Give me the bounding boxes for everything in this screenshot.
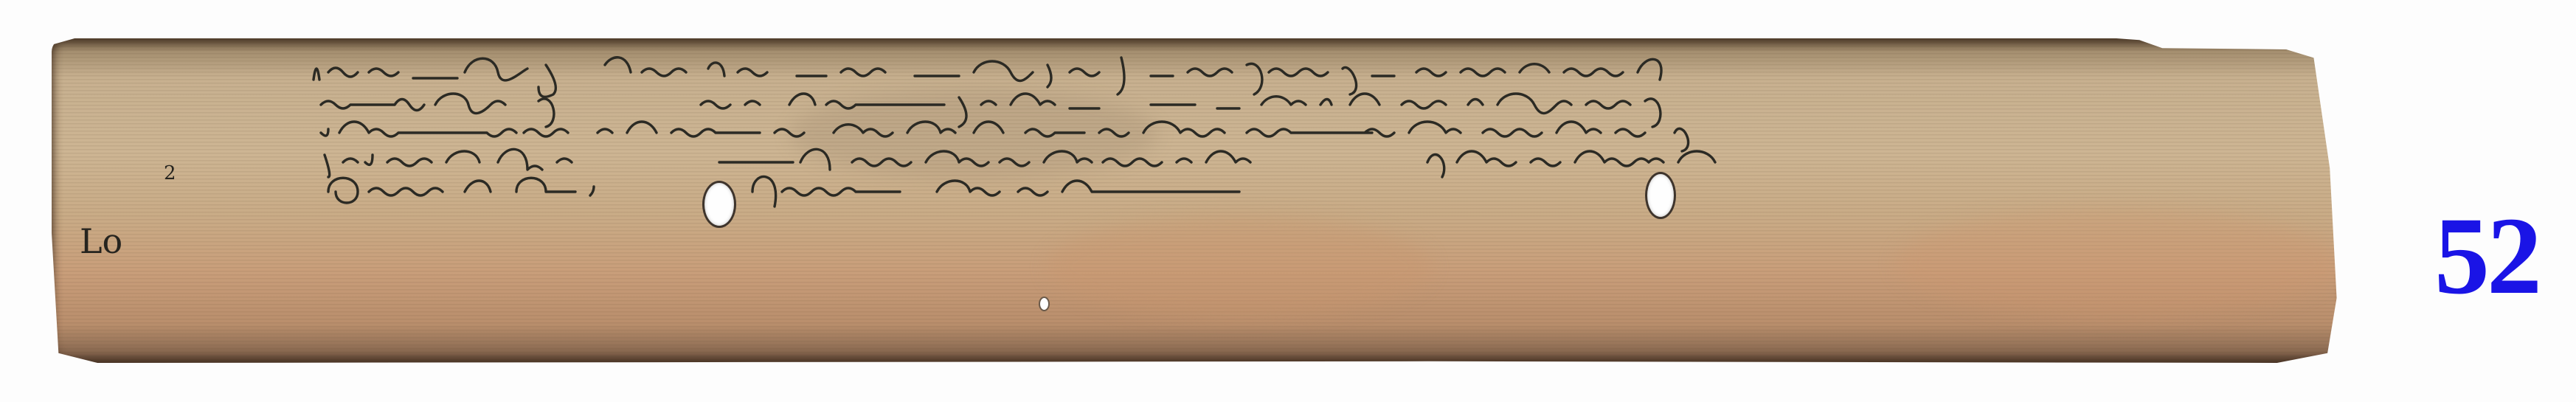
script-line-3-text: line 3 (illegible handwritten script) bbox=[0, 0, 1, 1]
pin-hole bbox=[1040, 298, 1048, 310]
script-line-5-text: line 5 (illegible handwritten script) bbox=[0, 0, 1, 1]
script-line-2-text: line 2 (illegible handwritten script) bbox=[0, 0, 1, 1]
leaf-stain bbox=[1048, 215, 1431, 319]
script-line-4-text: line 4 (illegible handwritten script) bbox=[0, 0, 1, 1]
manuscript-page: 2 Lo line 1 (illegible handwritten scrip… bbox=[0, 0, 2576, 402]
script-line-1-text: line 1 (illegible handwritten script) bbox=[0, 0, 1, 1]
script-line-5 bbox=[325, 170, 2169, 214]
margin-mark: 2 bbox=[164, 162, 176, 184]
leaf-stain bbox=[1896, 208, 2338, 319]
margin-leaf-number: Lo bbox=[80, 221, 122, 261]
page-number: 52 bbox=[2434, 201, 2539, 311]
